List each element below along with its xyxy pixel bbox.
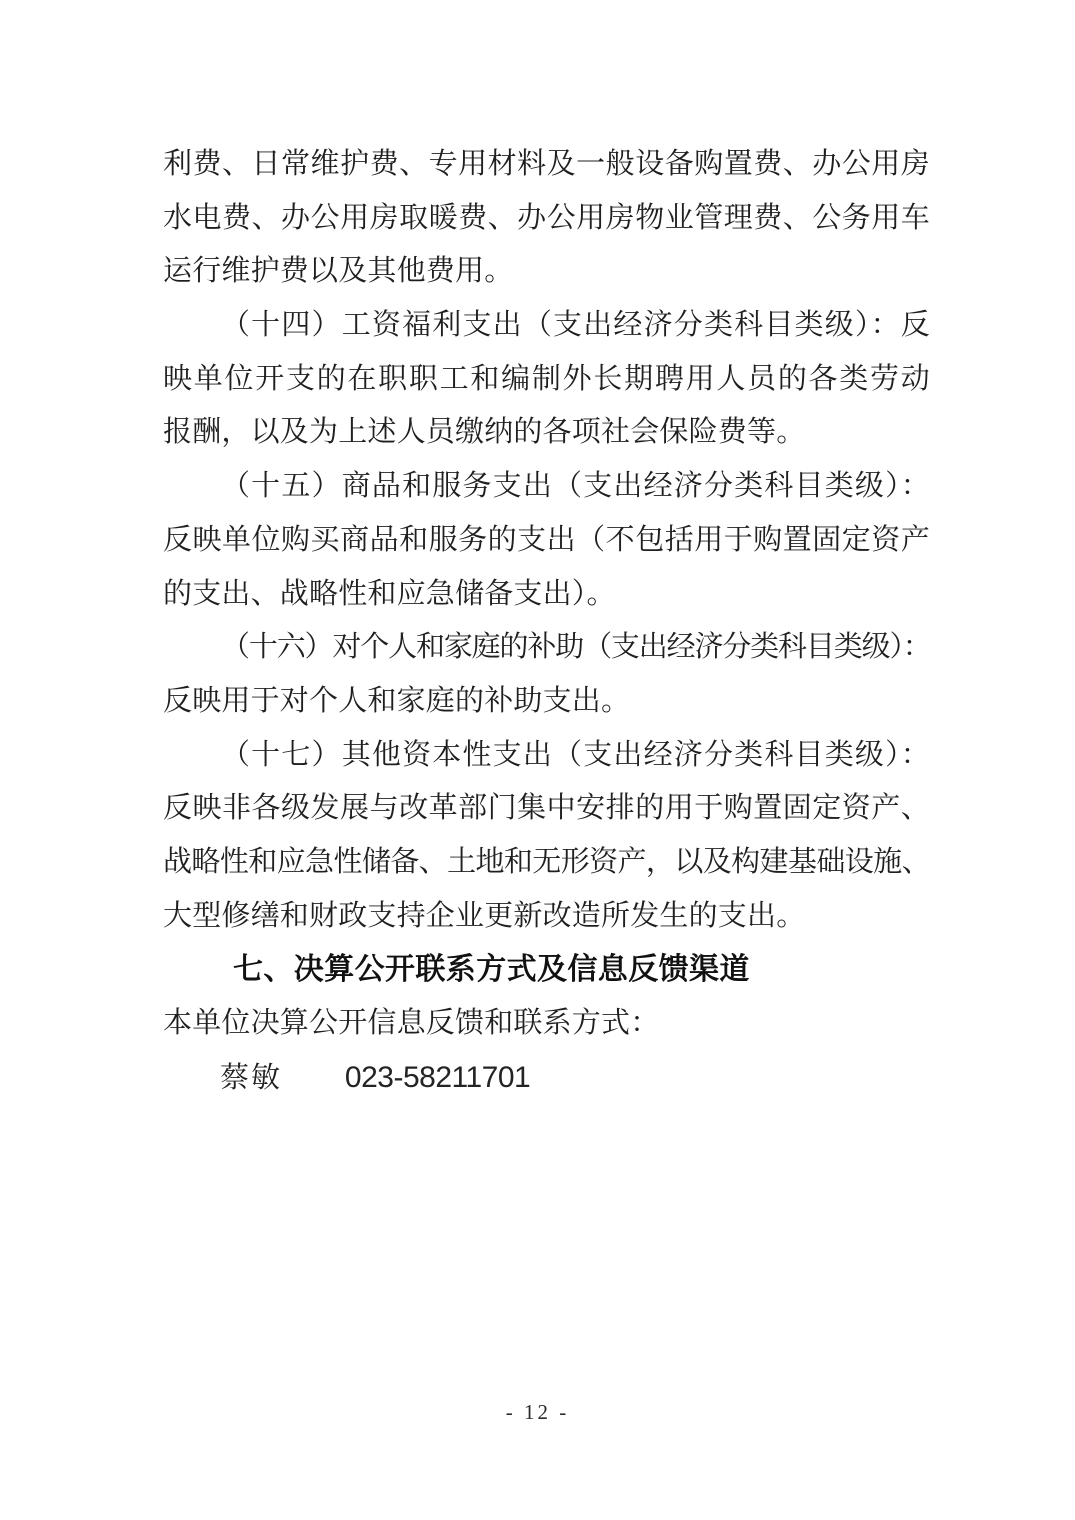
body-line: 映单位开支的在职职工和编制外长期聘用人员的各类劳动 <box>163 353 930 407</box>
body-line: 大型修缮和财政支持企业更新改造所发生的支出。 <box>163 890 930 944</box>
paragraph-lead-line: （十四）工资福利支出（支出经济分类科目类级）：反 <box>163 299 930 353</box>
body-line: 反映单位购买商品和服务的支出（不包括用于购置固定资产 <box>163 514 930 568</box>
page-number: - 12 - <box>0 1400 1075 1425</box>
contact-phone: 023-58211701 <box>345 1061 530 1094</box>
paragraph-lead-line: （十五）商品和服务支出（支出经济分类科目类级）： <box>163 460 930 514</box>
body-line: 利费、日常维护费、专用材料及一般设备购置费、办公用房 <box>163 138 930 192</box>
body-line: 水电费、办公用房取暖费、办公用房物业管理费、公务用车 <box>163 192 930 246</box>
paragraph-lead-line: （十六）对个人和家庭的补助（支出经济分类科目类级）： <box>163 621 930 675</box>
body-line: 报酬，以及为上述人员缴纳的各项社会保险费等。 <box>163 406 930 460</box>
document-page: 利费、日常维护费、专用材料及一般设备购置费、办公用房 水电费、办公用房取暖费、办… <box>0 0 1075 1520</box>
body-line: 战略性和应急性储备、土地和无形资产，以及构建基础设施、 <box>163 836 930 890</box>
contact-line: 蔡敏 023-58211701 <box>163 1051 930 1105</box>
body-line: 的支出、战略性和应急储备支出）。 <box>163 568 930 622</box>
text-body: 利费、日常维护费、专用材料及一般设备购置费、办公用房 水电费、办公用房取暖费、办… <box>163 138 930 1104</box>
section-heading: 七、决算公开联系方式及信息反馈渠道 <box>163 943 930 997</box>
feedback-intro-line: 本单位决算公开信息反馈和联系方式： <box>163 997 930 1051</box>
body-line: 反映用于对个人和家庭的补助支出。 <box>163 675 930 729</box>
body-line: 反映非各级发展与改革部门集中安排的用于购置固定资产、 <box>163 782 930 836</box>
body-line: 运行维护费以及其他费用。 <box>163 245 930 299</box>
paragraph-lead-line: （十七）其他资本性支出（支出经济分类科目类级）： <box>163 729 930 783</box>
contact-name: 蔡敏 <box>220 1062 282 1094</box>
